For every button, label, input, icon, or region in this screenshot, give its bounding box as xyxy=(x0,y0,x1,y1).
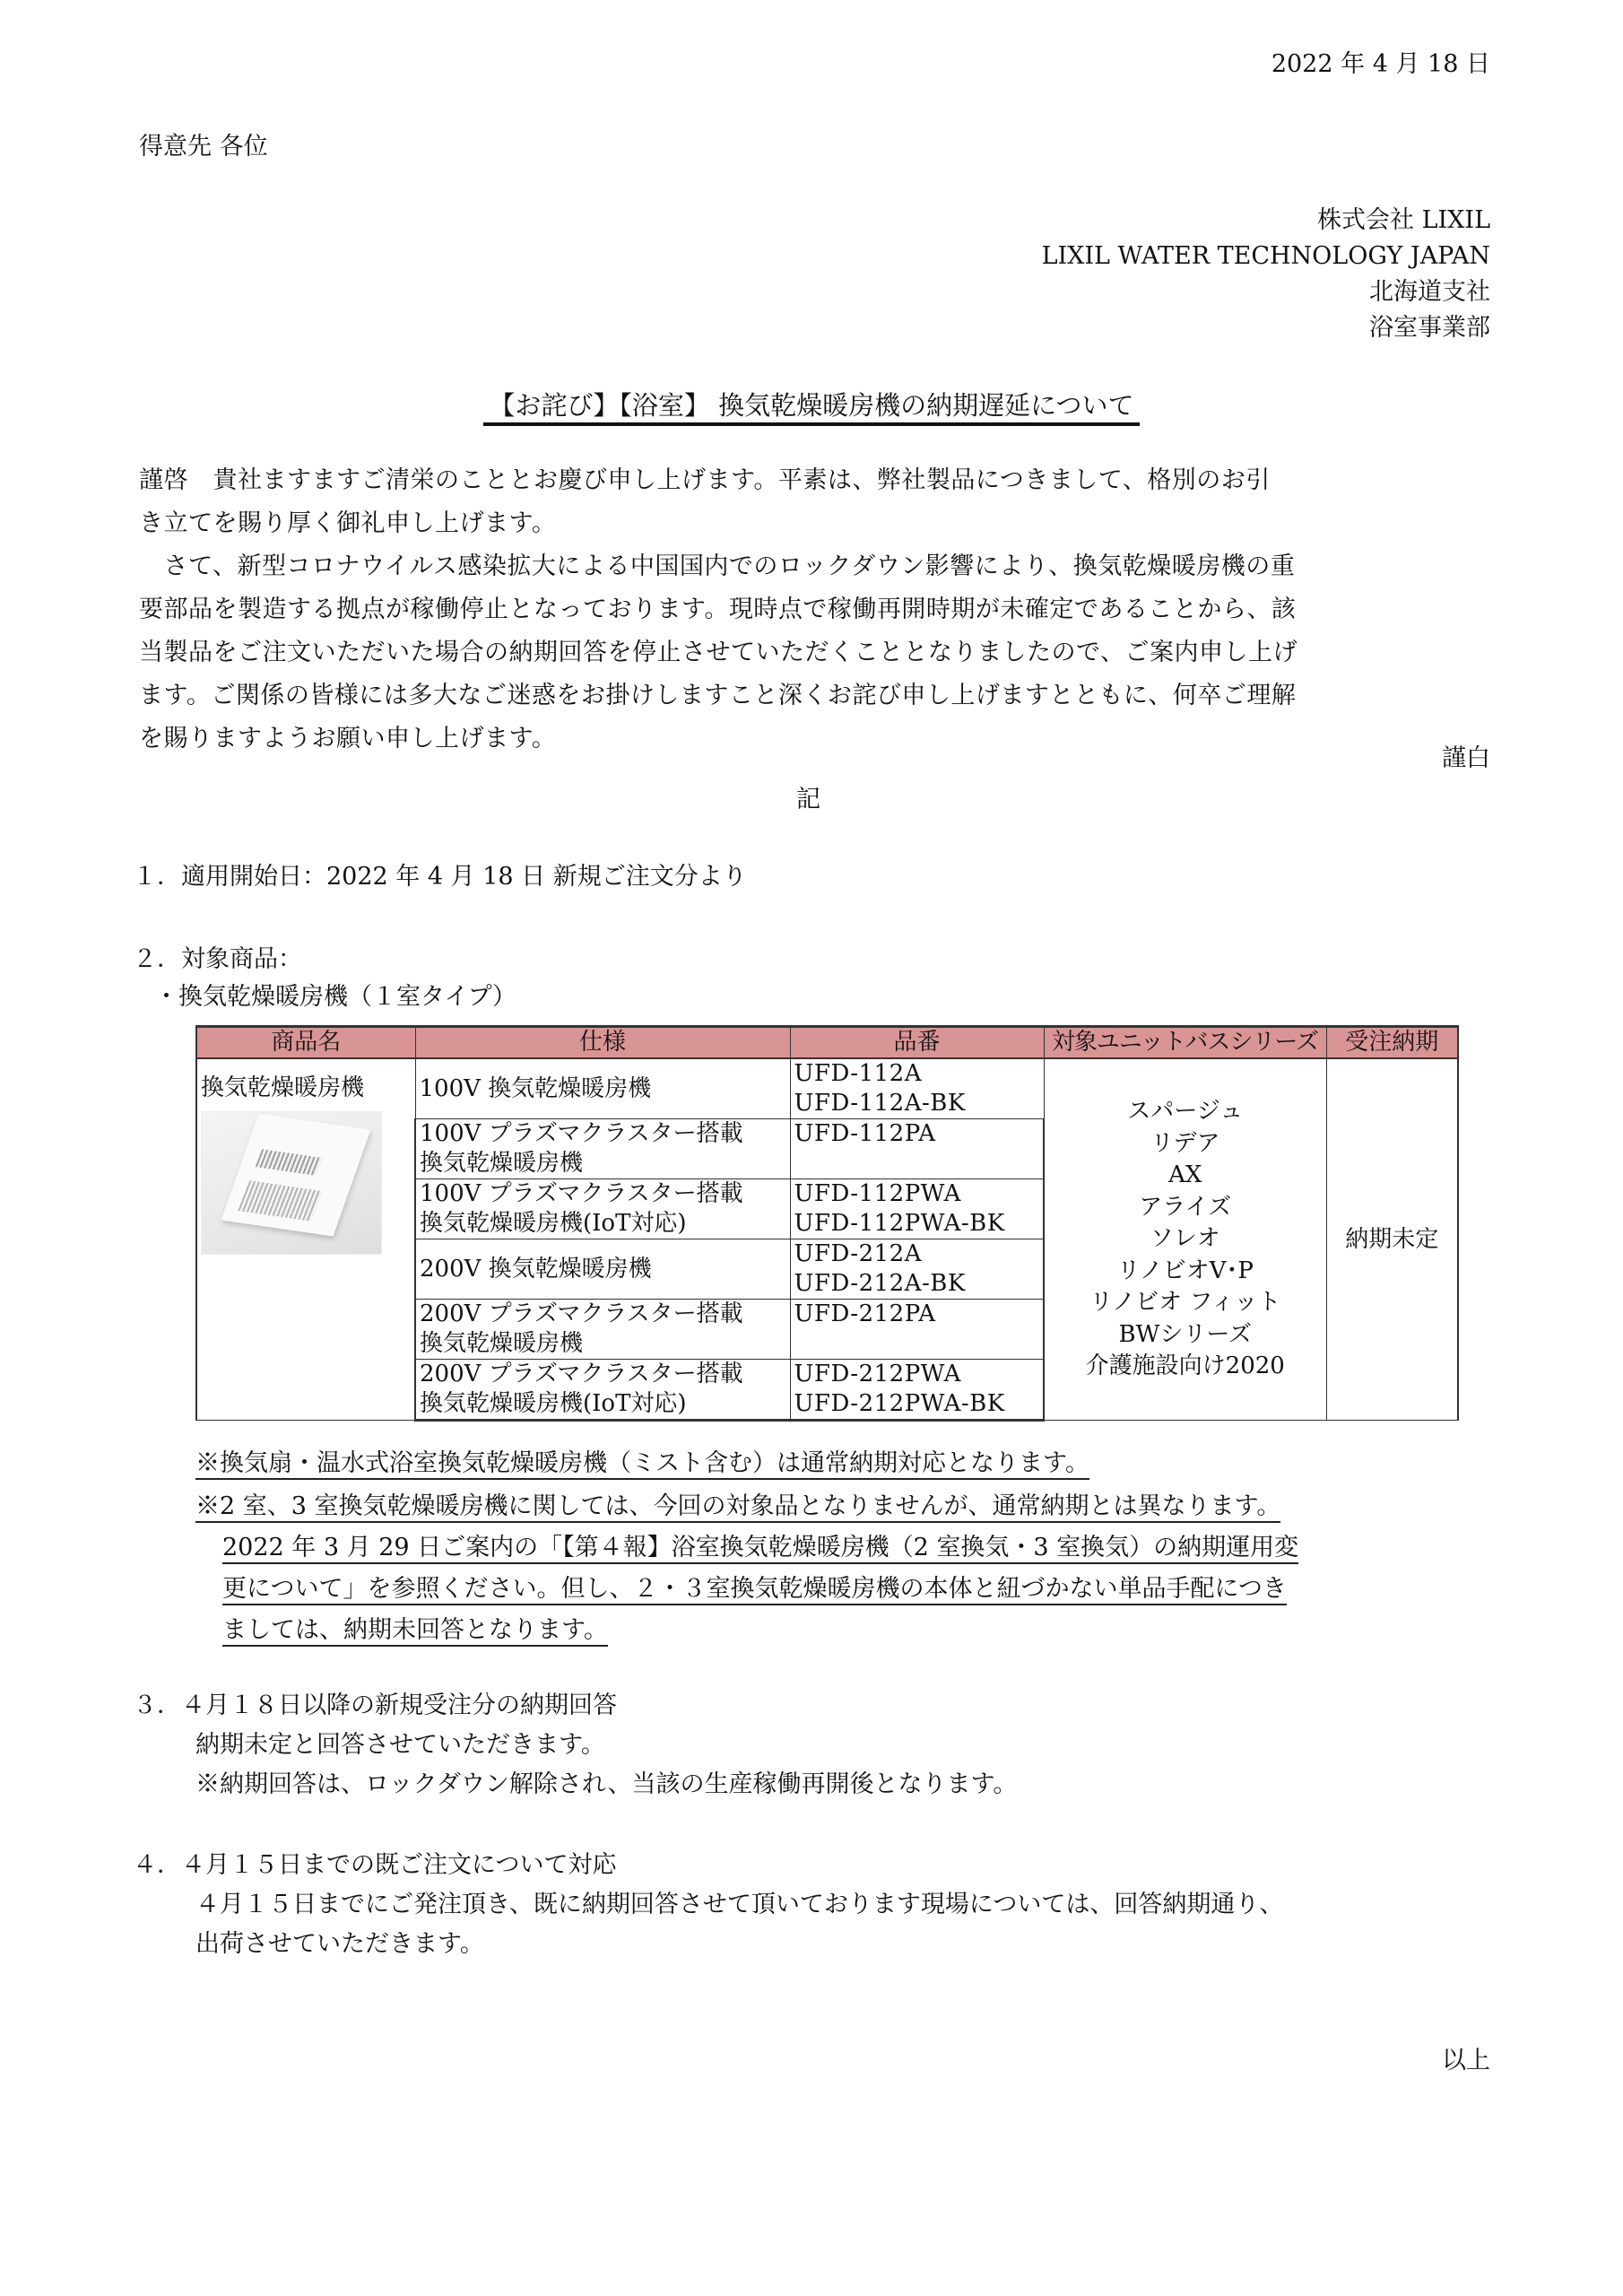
spec-cell: 200V プラズマクラスター搭載 換気乾燥暖房機 xyxy=(415,1300,790,1360)
unit-bath-series-cell: スパージュ リデア AX アライズ ソレオ リノビオV･P リノビオ フィット … xyxy=(1044,1058,1326,1421)
spec-text: 換気乾燥暖房機 xyxy=(420,1149,786,1178)
note-1: ※換気扇・温水式浴室換気乾燥暖房機（ミスト含む）は通常納期対応となります。 xyxy=(195,1446,1089,1482)
sender-division: LIXIL WATER TECHNOLOGY JAPAN xyxy=(1042,239,1490,274)
series-item: 介護施設向け2020 xyxy=(1048,1351,1323,1383)
column-header-spec: 仕様 xyxy=(415,1027,790,1059)
end-marker: 以上 xyxy=(1442,2043,1490,2079)
sender-department: 浴室事業部 xyxy=(1042,310,1490,346)
series-item: アライズ xyxy=(1048,1192,1323,1224)
delivery-cell: 納期未定 xyxy=(1326,1058,1458,1421)
sender-branch: 北海道支社 xyxy=(1042,274,1490,310)
table-header-row: 商品名 仕様 品番 対象ユニットバスシリーズ 受注納期 xyxy=(196,1027,1458,1059)
column-header-product-name: 商品名 xyxy=(196,1027,415,1059)
part-number: UFD-112PA xyxy=(794,1119,1040,1149)
spec-text: 100V プラズマクラスター搭載 xyxy=(420,1179,786,1209)
table-row: 換気乾燥暖房機 100V 換気乾燥暖房機 UFD-112A UFD-112A-B… xyxy=(196,1058,1458,1119)
section-3-note: ※納期回答は、ロックダウン解除され、当該の生産稼働再開後となります。 xyxy=(195,1767,1017,1803)
part-number: UFD-212PWA-BK xyxy=(794,1389,1040,1419)
section-4-heading: ４．４月１５日までの既ご注文について対応 xyxy=(133,1848,616,1883)
column-header-delivery: 受注納期 xyxy=(1326,1027,1458,1059)
section-4-line: ４月１５日までにご発注頂き、既に納期回答させて頂いております現場については、回答… xyxy=(195,1887,1283,1923)
spec-text: 換気乾燥暖房機 xyxy=(420,1329,786,1359)
product-name: 換気乾燥暖房機 xyxy=(201,1070,411,1106)
section-2-heading: ２．対象商品： xyxy=(133,942,302,978)
ki-marker: 記 xyxy=(796,782,820,818)
spec-text: 200V 換気乾燥暖房機 xyxy=(420,1255,786,1284)
series-item: リノビオ フィット xyxy=(1048,1287,1323,1319)
series-item: リノビオV･P xyxy=(1048,1256,1323,1288)
title-wrap: 【お詫び】【浴室】 換気乾燥暖房機の納期遅延について xyxy=(0,387,1623,423)
section-1-effective-date: １．適用開始日：2022 年 4 月 18 日 新規ご注文分より xyxy=(133,859,747,895)
note-2-line: ましては、納期未回答となります。 xyxy=(222,1616,608,1647)
part-number-cell: UFD-212A UFD-212A-BK xyxy=(790,1239,1044,1300)
series-item: BWシリーズ xyxy=(1048,1319,1323,1352)
body-line: き立てを賜り厚く御礼申し上げます。 xyxy=(139,502,1502,545)
product-table: 商品名 仕様 品番 対象ユニットバスシリーズ 受注納期 換気乾燥暖房機 100V… xyxy=(195,1025,1459,1422)
body-text: 謹啓 貴社ますますご清栄のこととお慶び申し上げます。平素は、弊社製品につきまして… xyxy=(139,459,1502,761)
part-number-cell: UFD-212PA xyxy=(790,1300,1044,1360)
body-line: ます。ご関係の皆様には多大なご迷惑をお掛けしますこと深くお詫び申し上げますととも… xyxy=(139,674,1502,717)
body-line: 当製品をご注文いただいた場合の納期回答を停止させていただくこととなりましたので、… xyxy=(139,631,1502,674)
series-item: AX xyxy=(1048,1160,1323,1192)
part-number: UFD-212A xyxy=(794,1239,1040,1269)
product-name-cell: 換気乾燥暖房機 xyxy=(196,1058,415,1421)
note-2-continuation: 2022 年 3 月 29 日ご案内の「【第４報】浴室換気乾燥暖房機（2 室換気… xyxy=(222,1530,1298,1648)
spec-text: 換気乾燥暖房機(IoT対応) xyxy=(420,1389,786,1419)
sender-block: 株式会社 LIXIL LIXIL WATER TECHNOLOGY JAPAN … xyxy=(1042,203,1490,346)
spec-cell: 200V 換気乾燥暖房機 xyxy=(415,1239,790,1300)
spec-cell: 100V プラズマクラスター搭載 換気乾燥暖房機 xyxy=(415,1119,790,1179)
column-header-part-number: 品番 xyxy=(790,1027,1044,1059)
series-item: ソレオ xyxy=(1048,1223,1323,1256)
note-2-line: 2022 年 3 月 29 日ご案内の「【第４報】浴室換気乾燥暖房機（2 室換気… xyxy=(222,1534,1298,1564)
series-item: リデア xyxy=(1048,1128,1323,1161)
body-line: さて、新型コロナウイルス感染拡大による中国国内でのロックダウン影響により、換気乾… xyxy=(139,545,1502,588)
spec-text: 換気乾燥暖房機(IoT対応) xyxy=(420,1209,786,1239)
part-number-cell: UFD-212PWA UFD-212PWA-BK xyxy=(790,1360,1044,1421)
section-2-subheading: ・換気乾燥暖房機（１室タイプ） xyxy=(154,979,516,1015)
spec-text: 200V プラズマクラスター搭載 xyxy=(420,1300,786,1329)
note-2: ※2 室、3 室換気乾燥暖房機に関しては、今回の対象品となりませんが、通常納期と… xyxy=(195,1489,1280,1525)
part-number: UFD-212PA xyxy=(794,1300,1040,1329)
part-number-cell: UFD-112PA xyxy=(790,1119,1044,1179)
note-2-line: 更について」を参照ください。但し、２・３室換気乾燥暖房機の本体と紐づかない単品手… xyxy=(222,1575,1287,1605)
closing-word: 謹白 xyxy=(1442,741,1490,777)
product-image xyxy=(201,1111,382,1255)
body-line: 要部品を製造する拠点が稼働停止となっております。現時点で稼働再開時期が未確定であ… xyxy=(139,588,1502,631)
body-line: を賜りますようお願い申し上げます。 xyxy=(139,717,1502,761)
note-1-text: ※換気扇・温水式浴室換気乾燥暖房機（ミスト含む）は通常納期対応となります。 xyxy=(195,1449,1089,1480)
part-number: UFD-112A-BK xyxy=(794,1089,1040,1118)
part-number-cell: UFD-112A UFD-112A-BK xyxy=(790,1058,1044,1119)
addressee: 得意先 各位 xyxy=(139,129,268,165)
part-number: UFD-212A-BK xyxy=(794,1269,1040,1299)
spec-text: 100V プラズマクラスター搭載 xyxy=(420,1119,786,1149)
note-2-text: ※2 室、3 室換気乾燥暖房機に関しては、今回の対象品となりませんが、通常納期と… xyxy=(195,1492,1280,1523)
document-date: 2022 年 4 月 18 日 xyxy=(1271,47,1490,83)
document-title: 【お詫び】【浴室】 換気乾燥暖房機の納期遅延について xyxy=(483,390,1139,426)
part-number: UFD-212PWA xyxy=(794,1360,1040,1389)
spec-cell: 200V プラズマクラスター搭載 換気乾燥暖房機(IoT対応) xyxy=(415,1360,790,1421)
spec-cell: 100V プラズマクラスター搭載 換気乾燥暖房機(IoT対応) xyxy=(415,1179,790,1239)
spec-text: 100V 換気乾燥暖房機 xyxy=(420,1074,786,1104)
section-3-line: 納期未定と回答させていただきます。 xyxy=(195,1727,605,1763)
section-3-heading: ３．４月１８日以降の新規受注分の納期回答 xyxy=(133,1688,617,1724)
series-item: スパージュ xyxy=(1048,1096,1323,1128)
part-number: UFD-112PWA xyxy=(794,1179,1040,1209)
sender-company: 株式会社 LIXIL xyxy=(1042,203,1490,239)
section-4-line: 出荷させていただきます。 xyxy=(195,1926,484,1962)
body-line: 謹啓 貴社ますますご清栄のこととお慶び申し上げます。平素は、弊社製品につきまして… xyxy=(139,459,1502,502)
part-number: UFD-112PWA-BK xyxy=(794,1209,1040,1239)
spec-cell: 100V 換気乾燥暖房機 xyxy=(415,1058,790,1119)
part-number: UFD-112A xyxy=(794,1059,1040,1089)
column-header-unit-bath-series: 対象ユニットバスシリーズ xyxy=(1044,1027,1326,1059)
part-number-cell: UFD-112PWA UFD-112PWA-BK xyxy=(790,1179,1044,1239)
spec-text: 200V プラズマクラスター搭載 xyxy=(420,1360,786,1389)
